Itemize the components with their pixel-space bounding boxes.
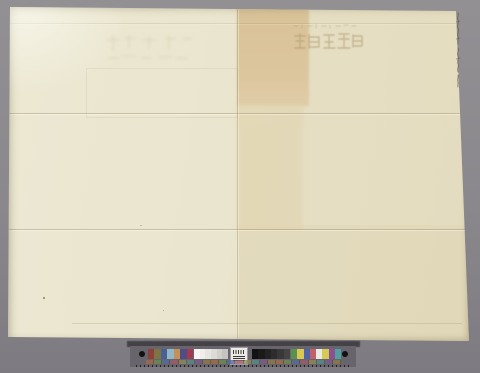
paper-speck [43,297,45,299]
grayscale-ramp [194,349,228,359]
paper-speck [287,7,290,9]
color-swatch [284,349,290,359]
color-swatch [268,360,276,364]
color-tick-row [146,360,341,364]
handwritten-annotation [454,12,464,88]
kanji-bleedthrough-characters [292,22,364,64]
registration-dot-left [139,351,145,357]
color-swatch [235,360,243,364]
color-swatch [227,360,235,364]
color-swatch [335,349,341,359]
paper-speck [140,225,142,226]
color-swatch [211,360,219,364]
color-swatch [300,360,308,364]
color-swatch [252,360,260,364]
color-swatch [284,360,292,364]
dark-gray-steps [252,349,290,359]
color-swatch [195,360,203,364]
color-swatch [154,360,162,364]
registration-dot-right [342,351,348,357]
paper-speck [163,310,164,311]
color-swatch [146,360,154,364]
color-swatch [244,360,252,364]
calibration-color-bar [130,346,356,367]
color-patches-left [148,349,193,359]
color-swatch [276,360,284,364]
ruler-ticks [136,365,350,367]
color-swatch [260,360,268,364]
color-swatch [170,360,178,364]
color-swatch [222,349,228,359]
color-swatch [309,360,317,364]
color-swatch [292,360,300,364]
archival-photo-background [0,0,480,373]
color-swatch [187,360,195,364]
color-swatch [179,360,187,364]
color-swatch [325,360,333,364]
color-swatch [333,360,341,364]
color-swatch [219,360,227,364]
color-swatch [317,360,325,364]
color-swatch [162,360,170,364]
faint-bleedthrough-left [103,30,193,70]
document-sheet [8,6,470,342]
target-pattern [233,350,245,354]
color-swatch [187,349,193,359]
color-patches-right [291,349,341,359]
color-swatch [203,360,211,364]
